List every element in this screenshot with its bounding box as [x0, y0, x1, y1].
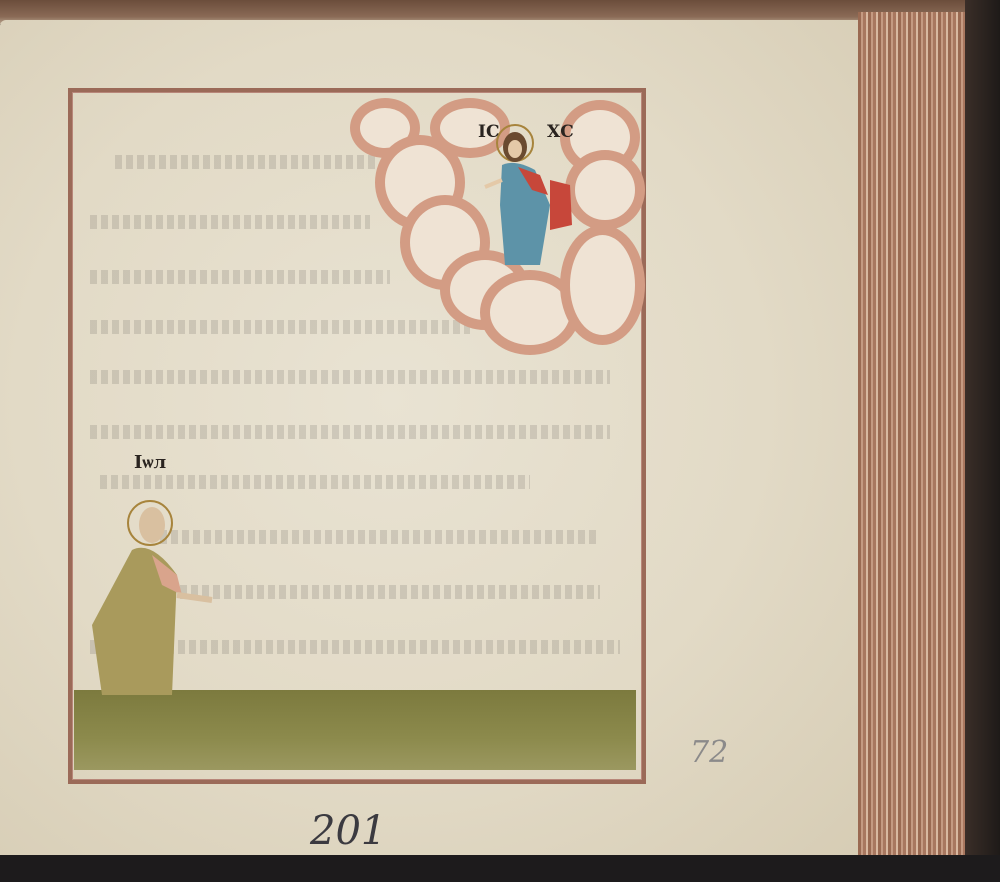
- manuscript-photo: ІС ХС Іѡл 201 72: [0, 0, 1000, 882]
- christ-monogram-left: ІС: [478, 122, 499, 142]
- book-cover: [965, 0, 1000, 882]
- page-number-right: 72: [690, 735, 728, 770]
- christ-monogram-right: ХС: [547, 122, 574, 142]
- prophet-figure: [82, 495, 222, 695]
- prophet-name-label: Іѡл: [134, 452, 166, 473]
- page-number-bottom: 201: [310, 808, 386, 854]
- background-bottom: [0, 855, 1000, 882]
- page-fore-edge: [858, 12, 968, 862]
